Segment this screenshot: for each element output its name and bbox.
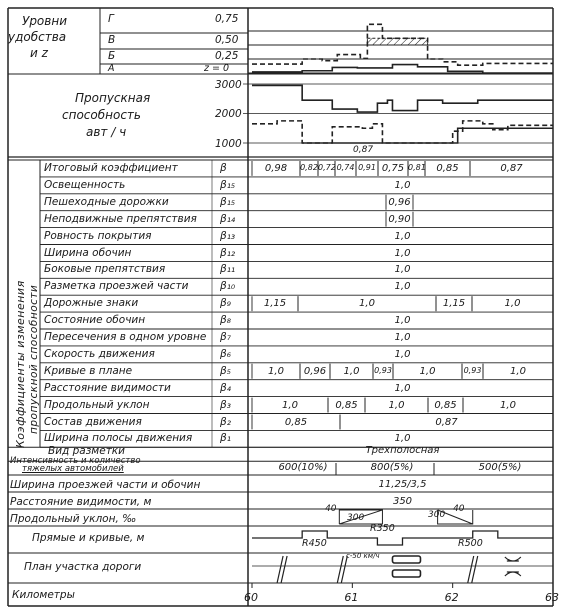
coefficient-value: 0,87 [340, 418, 553, 428]
coefficient-name: Состав движения [44, 417, 142, 428]
coefficient-value: 0,96 [386, 198, 413, 208]
coefficient-name: Дорожные знаки [44, 298, 138, 309]
coefficient-symbol: β₁₅ [220, 180, 235, 191]
coefficient-value: 0,93 [373, 367, 393, 375]
coefficient-value: 1,0 [252, 434, 553, 444]
capacity-tick-3000: 3000 [215, 80, 242, 91]
marking-type-label: Вид разметки [48, 446, 125, 457]
coefficient-name: Пешеходные дорожки [44, 197, 169, 208]
coefficient-value: 1,15 [252, 299, 298, 309]
level-z-g: 0,75 [215, 14, 238, 25]
width-label: Ширина проезжей части и обочин [10, 480, 200, 491]
capacity-title-line3: авт / ч [86, 126, 126, 138]
coefficient-name: Кривые в плане [44, 366, 132, 377]
kilometer-tick: 60 [244, 592, 258, 603]
coefficient-value: 0,75 [378, 164, 408, 174]
coefficient-symbol: β₁₁ [220, 264, 235, 275]
coefficient-name: Ширина обочин [44, 248, 131, 259]
coefficient-value: 1,0 [365, 401, 428, 411]
coefficient-value: 0,82 [300, 164, 318, 172]
sight-distance-value: 350 [252, 497, 553, 507]
level-letter-a: А [108, 64, 115, 74]
grade-mark-1: 40 [325, 505, 336, 514]
coefficient-value: 1,0 [252, 384, 553, 394]
curve-radius-2: R350 [370, 524, 395, 534]
grade-mark-4: 40 [453, 505, 464, 514]
road-capacity-chart-sheet: Уровни удобства и z Г 0,75 В 0,50 Б 0,25… [0, 0, 561, 612]
coefficient-value: 0,98 [252, 164, 300, 174]
coefficient-value: 1,0 [252, 232, 553, 242]
coefficient-value: 0,96 [300, 367, 330, 377]
coefficient-value: 0,85 [252, 418, 340, 428]
plan-label: План участка дороги [24, 562, 141, 573]
levels-title-line1: Уровни [22, 15, 67, 27]
coefficient-name: Итоговый коэффициент [44, 163, 178, 174]
coefficient-value: 0,90 [386, 215, 413, 225]
coefficient-value: 0,93 [462, 367, 483, 375]
coefficient-symbol: β₁₅ [220, 197, 235, 208]
coefficient-symbol: β₈ [220, 315, 231, 326]
capacity-title-line2: способность [62, 109, 141, 121]
grade-label: Продольный уклон, ‰ [10, 514, 136, 525]
coefficient-value: 0,85 [425, 164, 470, 174]
coefficient-value: 0,74 [335, 164, 356, 172]
coefficient-symbol: β₃ [220, 400, 231, 411]
plan-speed-annotation: с-50 км/ч [346, 553, 380, 560]
traffic-segment-2: 800(5%) [350, 463, 434, 473]
levels-title-line2: удобства [8, 31, 66, 43]
coefficient-value: 1,0 [252, 181, 553, 191]
coefficient-value: 1,0 [463, 401, 553, 411]
kilometer-tick: 62 [445, 592, 459, 603]
capacity-annotation: 0,87 [353, 146, 373, 155]
coefficient-name: Освещенность [44, 180, 125, 191]
coefficient-value: 1,0 [252, 367, 300, 377]
kilometers-label: Километры [12, 590, 75, 601]
coefficient-value: 0,87 [470, 164, 553, 174]
coefficient-value: 1,0 [252, 401, 328, 411]
level-letter-v: В [108, 35, 115, 46]
traffic-label-line2: тяжелых автомобилей [22, 465, 124, 474]
coefficient-value: 0,85 [328, 401, 365, 411]
coefficient-value: 1,0 [252, 265, 553, 275]
coefficient-symbol: β₂ [220, 417, 231, 428]
sight-distance-label: Расстояние видимости, м [10, 497, 151, 508]
grade-mark-2: 300 [347, 514, 364, 523]
coefficient-name: Ширина полосы движения [44, 433, 192, 444]
coefficient-name: Разметка проезжей части [44, 281, 188, 292]
level-z-b: 0,25 [215, 51, 238, 62]
coefficients-vertical-label-2: пропускной способности [28, 285, 40, 434]
coefficient-symbol: β₅ [220, 366, 231, 377]
marking-type-value: Трехполосная [252, 446, 553, 456]
curves-label: Прямые и кривые, м [32, 533, 144, 544]
coefficient-value: 1,0 [252, 316, 553, 326]
coefficient-symbol: β₇ [220, 332, 231, 343]
capacity-tick-2000: 2000 [215, 109, 242, 120]
coefficient-value: 1,0 [393, 367, 462, 377]
coefficient-name: Неподвижные препятствия [44, 214, 197, 225]
coefficient-value: 1,0 [252, 350, 553, 360]
coefficient-symbol: β₄ [220, 383, 231, 394]
level-z-a: z = 0 [204, 64, 229, 74]
coefficient-value: 1,0 [483, 367, 553, 377]
coefficient-symbol: β₁₄ [220, 214, 235, 225]
traffic-segment-3: 500(5%) [450, 463, 550, 473]
traffic-segment-1: 600(10%) [270, 463, 336, 473]
coefficient-value: 1,0 [330, 367, 373, 377]
coefficient-name: Расстояние видимости [44, 383, 171, 394]
coefficient-name: Боковые препятствия [44, 264, 165, 275]
coefficient-symbol: β₁₀ [220, 281, 235, 292]
curve-radius-1: R450 [302, 539, 327, 549]
coefficient-name: Продольный уклон [44, 400, 149, 411]
capacity-title-line1: Пропускная [75, 92, 150, 104]
capacity-tick-1000: 1000 [215, 139, 242, 150]
coefficient-value: 0,81 [408, 164, 425, 172]
kilometer-tick: 63 [545, 592, 559, 603]
width-value: 11,25/3,5 [252, 480, 553, 490]
curve-radius-3: R500 [458, 539, 483, 549]
coefficients-vertical-label-1: Коэффициенты изменения [14, 280, 27, 448]
levels-title-line3: и z [30, 47, 48, 59]
coefficient-name: Пересечения в одном уровне [44, 332, 206, 343]
coefficient-symbol: β₁ [220, 433, 231, 444]
coefficient-symbol: β₆ [220, 349, 231, 360]
coefficient-value: 1,0 [252, 249, 553, 259]
coefficient-value: 1,0 [298, 299, 436, 309]
coefficient-value: 0,85 [428, 401, 463, 411]
level-z-v: 0,50 [215, 35, 238, 46]
coefficient-symbol: β₁₃ [220, 231, 235, 242]
coefficient-value: 0,72 [318, 164, 335, 172]
coefficient-name: Состояние обочин [44, 315, 145, 326]
coefficient-symbol: β [220, 163, 227, 174]
level-letter-b: Б [108, 51, 115, 62]
coefficient-value: 1,0 [252, 282, 553, 292]
coefficient-value: 1,15 [436, 299, 472, 309]
grade-mark-3: 300 [428, 511, 445, 520]
coefficient-name: Скорость движения [44, 349, 155, 360]
coefficient-symbol: β₉ [220, 298, 231, 309]
kilometer-tick: 61 [344, 592, 358, 603]
coefficient-value: 1,0 [252, 333, 553, 343]
coefficient-value: 1,0 [472, 299, 553, 309]
coefficient-symbol: β₁₂ [220, 248, 235, 259]
coefficient-name: Ровность покрытия [44, 231, 152, 242]
level-letter-g: Г [108, 14, 114, 25]
coefficient-value: 0,91 [356, 164, 378, 172]
